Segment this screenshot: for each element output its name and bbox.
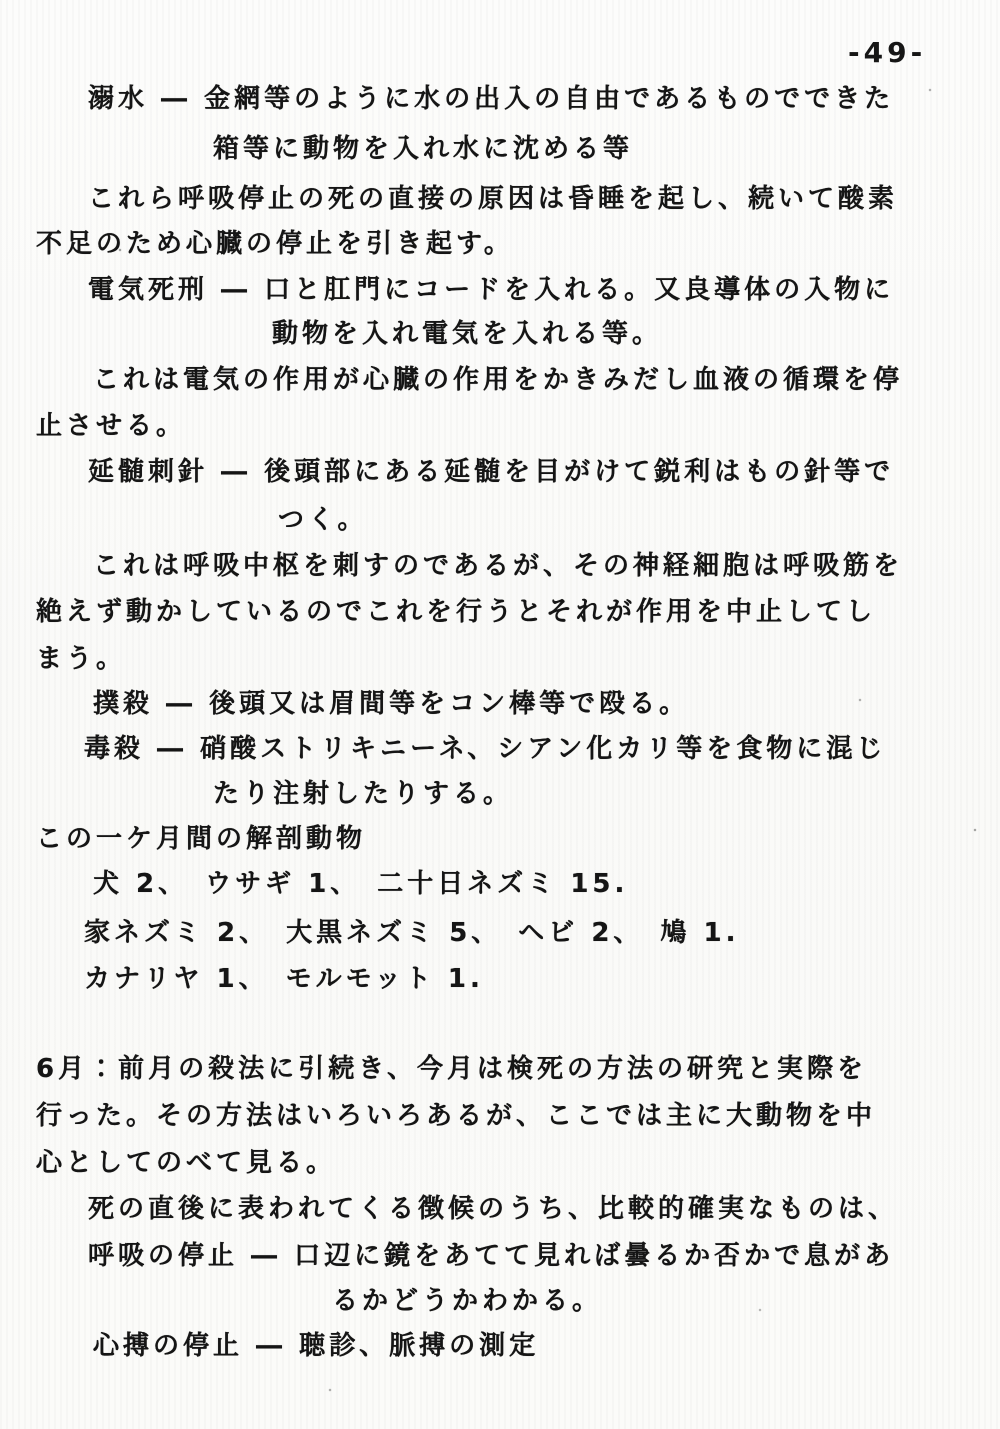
text-line: 6月：前月の殺法に引続き、今月は検死の方法の研究と実際を [36,1052,867,1086]
text-line: これら呼吸停止の死の直接の原因は昏睡を起し、続いて酸素 [88,182,898,216]
text-line: 不足のため心臓の停止を引き起す。 [36,227,514,261]
text-line: 電気死刑 ― 口と肛門にコードを入れる。又良導体の入物に [88,273,894,307]
text-line: 呼吸の停止 ― 口辺に鏡をあてて見れば曇るか否かで息があ [88,1239,894,1273]
text-line: 死の直後に表われてくる徴候のうち、比較的確実なものは、 [88,1192,898,1226]
text-line: 心搏の停止 ― 聴診、脈搏の測定 [93,1329,539,1363]
text-line: 心としてのべて見る。 [36,1146,336,1180]
text-line: 行った。その方法はいろいろあるが、ここでは主に大動物を中 [36,1099,876,1133]
text-line: 止させる。 [36,409,186,443]
page-number: -49- [848,36,926,69]
text-line: 毒殺 ― 硝酸ストリキニーネ、シアン化カリ等を食物に混じ [84,732,886,766]
text-line: たり注射したりする。 [213,777,513,811]
text-line: 溺水 ― 金網等のように水の出入の自由であるものでできた [88,82,894,116]
text-line: 家ネズミ 2、 大黒ネズミ 5、 ヘビ 2、 鳩 1. [84,916,739,950]
text-line: これは呼吸中枢を刺すのであるが、その神経細胞は呼吸筋を [93,549,903,583]
text-line: カナリヤ 1、 モルモット 1. [84,962,484,996]
scanned-document-page: -49- 溺水 ― 金網等のように水の出入の自由であるものでできた箱等に動物を入… [0,0,1000,1429]
text-line: 箱等に動物を入れ水に沈める等 [213,132,633,166]
text-line: 延髄刺針 ― 後頭部にある延髄を目がけて鋭利はもの針等で [88,455,894,489]
text-line: つく。 [278,503,367,537]
text-line: この一ケ月間の解剖動物 [36,822,366,856]
text-line: これは電気の作用が心臓の作用をかきみだし血液の循環を停 [93,363,903,397]
text-line: まう。 [36,642,126,676]
text-line: 撲殺 ― 後頭又は眉間等をコン棒等で殴る。 [93,687,689,721]
text-line: るかどうかわかる。 [332,1284,602,1318]
text-line: 絶えず動かしているのでこれを行うとそれが作用を中止してし [36,595,876,629]
text-line: 動物を入れ電気を入れる等。 [272,317,662,351]
text-line: 犬 2、 ウサギ 1、 二十日ネズミ 15. [93,867,628,901]
